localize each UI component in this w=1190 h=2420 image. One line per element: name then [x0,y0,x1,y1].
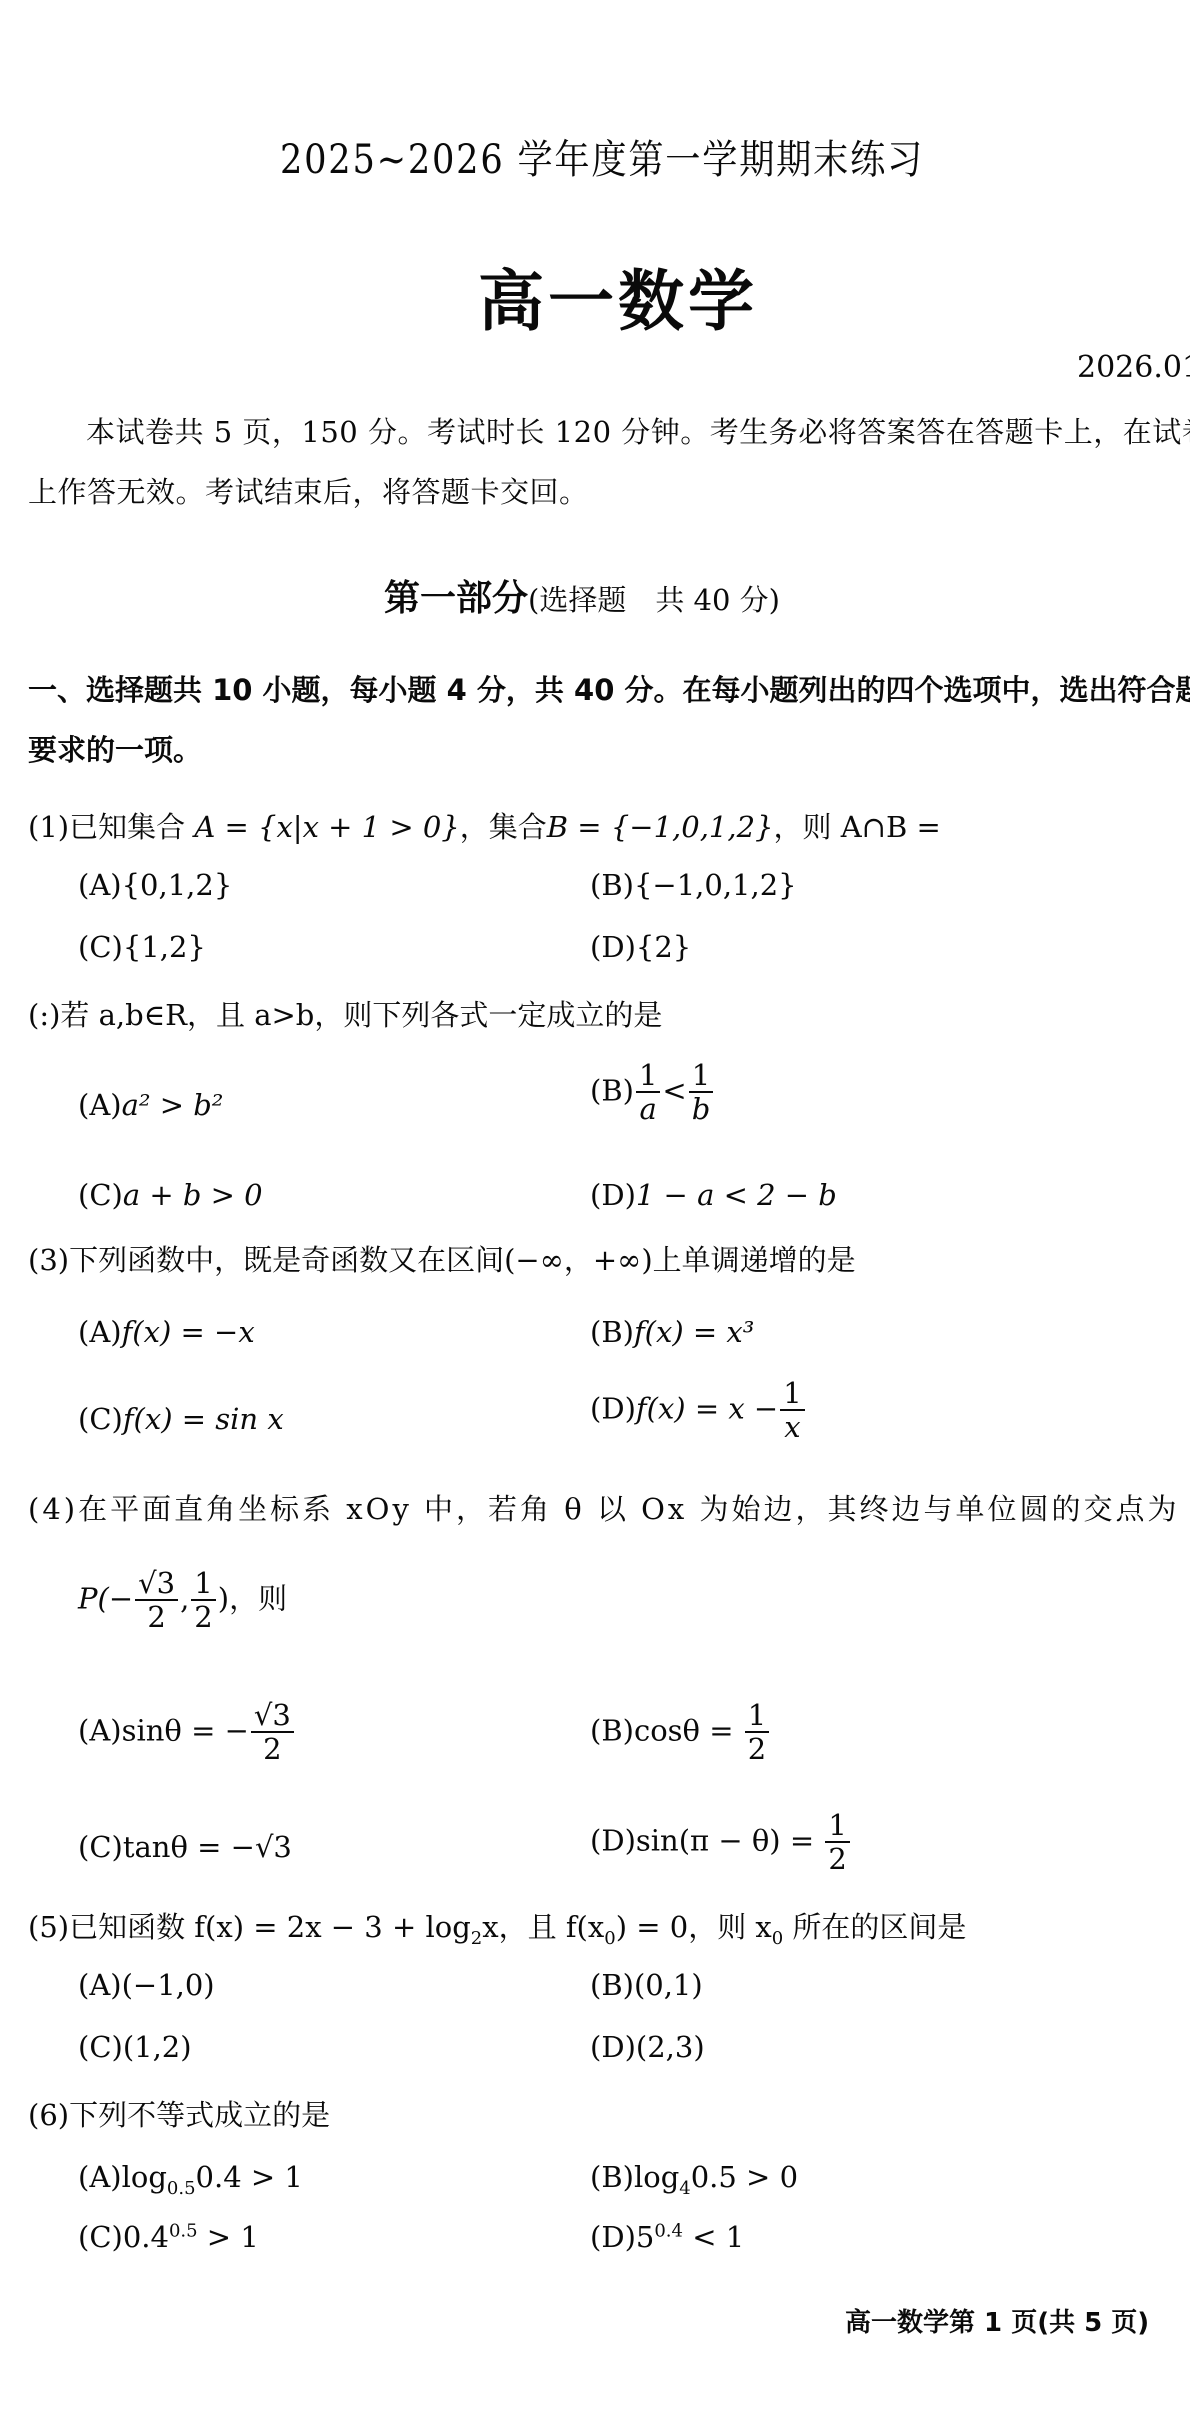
option-label: (B) [590,1713,634,1747]
log-base: 0.5 [167,2178,196,2199]
q5-option-a[interactable]: (A)(−1,0) [78,1968,215,2002]
stem-text: 若 a,b∈R，且 a>b，则下列各式一定成立的是 [60,998,662,1032]
option-label: (A) [78,1088,122,1122]
point-label: P(− [78,1581,133,1615]
option-label: (D) [590,1178,636,1212]
option-label: (B) [590,1315,634,1349]
option-label: (C) [78,2030,123,2064]
option-text: sin(π − θ) = [636,1823,823,1857]
exam-title: 2025~2026 学年度第一学期期末练习 [280,128,924,185]
question-number: (4) [28,1492,78,1526]
q6-option-c[interactable]: (C)0.40.5 > 1 [78,2220,259,2254]
q2-option-a[interactable]: (A)a² > b² [78,1088,223,1122]
q2-option-b[interactable]: (B)1a<1b [590,1060,715,1125]
fraction: 1x [780,1378,804,1443]
q4-option-d[interactable]: (D)sin(π − θ) = 12 [590,1810,852,1875]
option-label: (C) [78,1402,123,1436]
option-text: (0,1) [634,1968,703,2002]
option-text: {0,1,2} [122,868,233,902]
question-4-stem: (4)在平面直角坐标系 xOy 中，若角 θ 以 Ox 为始边，其终边与单位圆的… [28,1487,1180,1528]
q3-option-d[interactable]: (D)f(x) = x −1x [590,1378,807,1443]
q5-option-b[interactable]: (B)(0,1) [590,1968,703,2002]
option-text: cosθ = [634,1713,743,1747]
stem-text: 已知集合 [69,810,185,844]
fraction: √32 [135,1568,178,1633]
question-2-stem: (:)若 a,b∈R，且 a>b，则下列各式一定成立的是 [28,993,662,1034]
option-label: (A) [78,1713,122,1747]
part1-title: 第一部分 [384,578,528,619]
option-text: a + b > 0 [123,1178,263,1212]
q5-option-d[interactable]: (D)(2,3) [590,2030,705,2064]
subscript: 0 [772,1928,783,1949]
option-label: (A) [78,868,122,902]
option-text: (2,3) [636,2030,705,2064]
option-label: (C) [78,1178,123,1212]
q1-option-c[interactable]: (C){1,2} [78,930,206,964]
fraction: 1a [636,1060,660,1125]
q3-option-b[interactable]: (B)f(x) = x³ [590,1315,754,1349]
denominator: 2 [745,1733,769,1764]
numerator: 1 [745,1700,769,1733]
q1-option-d[interactable]: (D){2} [590,930,691,964]
numerator: 1 [636,1060,660,1093]
question-5-stem: (5)已知函数 f(x) = 2x − 3 + log2x，且 f(x0) = … [28,1905,966,1949]
option-text: sinθ = − [122,1713,249,1747]
option-label: (A) [78,2160,122,2194]
numerator: √3 [135,1568,178,1601]
option-label: (D) [590,2220,636,2254]
q4-option-a[interactable]: (A)sinθ = −√32 [78,1700,296,1765]
option-label: (B) [590,2160,634,2194]
option-text: 0.5 > 0 [691,2160,798,2194]
fraction: 12 [825,1810,849,1875]
q2-option-c[interactable]: (C)a + b > 0 [78,1178,263,1212]
stem-text: 下列不等式成立的是 [69,2098,330,2132]
log-base: 2 [471,1928,482,1949]
denominator: 2 [191,1601,215,1632]
stem-text: x，且 f(x [482,1910,604,1944]
stem-text: )，则 [218,1581,287,1615]
question-3-stem: (3)下列函数中，既是奇函数又在区间(−∞，+∞)上单调递增的是 [28,1238,856,1279]
log-base: 4 [679,2178,690,2199]
option-label: (B) [590,868,634,902]
denominator: x [781,1411,803,1442]
option-text: tanθ = −√3 [123,1830,292,1864]
question-number: (6) [28,2098,69,2132]
denominator: 2 [260,1733,284,1764]
q4-option-c[interactable]: (C)tanθ = −√3 [78,1830,292,1864]
exam-date: 2026.01 [1077,350,1190,385]
part1-heading: 第一部分(选择题 共 40 分) [384,570,780,621]
operator: < [662,1073,686,1107]
option-text: {1,2} [123,930,206,964]
option-text: f(x) = −x [122,1315,255,1349]
option-label: (C) [78,1830,123,1864]
q1-option-b[interactable]: (B){−1,0,1,2} [590,868,797,902]
stem-text: ) = 0，则 x [616,1910,772,1944]
denominator: 2 [144,1601,168,1632]
q6-option-d[interactable]: (D)50.4 < 1 [590,2220,744,2254]
stem-text: 下列函数中，既是奇函数又在区间(−∞，+∞)上单调递增的是 [69,1243,856,1277]
q6-option-a[interactable]: (A)log0.50.4 > 1 [78,2160,303,2199]
q5-option-c[interactable]: (C)(1,2) [78,2030,192,2064]
option-text: {−1,0,1,2} [634,868,797,902]
option-text: log [122,2160,167,2194]
option-text: 0.4 > 1 [196,2160,303,2194]
q4-option-b[interactable]: (B)cosθ = 12 [590,1700,771,1765]
exponent: 0.4 [654,2220,683,2241]
intro-line-2: 上作答无效。考试结束后，将答题卡交回。 [28,470,589,511]
option-label: (B) [590,1968,634,2002]
option-label: (A) [78,1315,122,1349]
q1-option-a[interactable]: (A){0,1,2} [78,868,232,902]
question-number: (3) [28,1243,69,1277]
numerator: 1 [780,1378,804,1411]
question-number: (:) [28,998,60,1032]
numerator: 1 [191,1568,215,1601]
option-label: (C) [78,930,123,964]
option-text: a² > b² [122,1088,224,1122]
question-4-point: P(−√32,12)，则 [78,1568,287,1633]
option-label: (D) [590,1391,636,1425]
option-text: 1 − a < 2 − b [636,1178,837,1212]
fraction: √32 [251,1700,294,1765]
set-a: A = {x|x + 1 > 0} [194,810,459,844]
option-label: (D) [590,2030,636,2064]
option-label: (B) [590,1073,634,1107]
instructions-line-2: 要求的一项。 [28,728,202,769]
q2-option-d[interactable]: (D)1 − a < 2 − b [590,1178,837,1212]
question-number: (5) [28,1910,69,1944]
numerator: 1 [825,1810,849,1843]
option-text: f(x) = sin x [123,1402,284,1436]
option-text: > 1 [198,2220,259,2254]
question-number: (1) [28,810,69,844]
denominator: b [689,1093,714,1124]
denominator: 2 [825,1843,849,1874]
fraction: 12 [191,1568,215,1633]
stem-text: ，则 A∩B = [774,810,941,844]
option-text: f(x) = x³ [634,1315,754,1349]
q6-option-b[interactable]: (B)log40.5 > 0 [590,2160,798,2199]
q3-option-c[interactable]: (C)f(x) = sin x [78,1402,284,1436]
numerator: 1 [689,1060,713,1093]
option-label: (D) [590,1823,636,1857]
stem-text: 所在的区间是 [783,1910,966,1944]
option-label: (D) [590,930,636,964]
question-1-stem: (1)已知集合 A = {x|x + 1 > 0}，集合B = {−1,0,1,… [28,805,941,846]
stem-text: 在平面直角坐标系 xOy 中，若角 θ 以 Ox 为始边，其终边与单位圆的交点为 [78,1492,1179,1526]
option-text: < 1 [683,2220,744,2254]
stem-text: ，集合 [460,810,547,844]
option-text: (1,2) [123,2030,192,2064]
numerator: √3 [251,1700,294,1733]
option-label: (C) [78,2220,123,2254]
option-text: {2} [636,930,691,964]
subscript: 0 [604,1928,615,1949]
fraction: 1b [689,1060,714,1125]
option-text: (−1,0) [122,1968,215,2002]
intro-line-1: 本试卷共 5 页，150 分。考试时长 120 分钟。考生务必将答案答在答题卡上… [86,410,1190,451]
subject-title: 高一数学 [478,248,758,343]
option-text: 5 [636,2220,654,2254]
q3-option-a[interactable]: (A)f(x) = −x [78,1315,255,1349]
option-text: f(x) = x − [636,1391,778,1425]
fraction: 12 [745,1700,769,1765]
option-label: (A) [78,1968,122,2002]
exponent: 0.5 [169,2220,198,2241]
page-footer: 高一数学第 1 页(共 5 页) [845,2302,1149,2339]
instructions-line-1: 一、选择题共 10 小题，每小题 4 分，共 40 分。在每小题列出的四个选项中… [28,668,1190,709]
stem-text: 已知函数 f(x) = 2x − 3 + log [69,1910,471,1944]
option-text: 0.4 [123,2220,169,2254]
option-text: log [634,2160,679,2194]
question-6-stem: (6)下列不等式成立的是 [28,2093,330,2134]
denominator: a [637,1093,660,1124]
set-b: B = {−1,0,1,2} [547,810,774,844]
part1-subtitle: (选择题 共 40 分) [528,583,780,617]
